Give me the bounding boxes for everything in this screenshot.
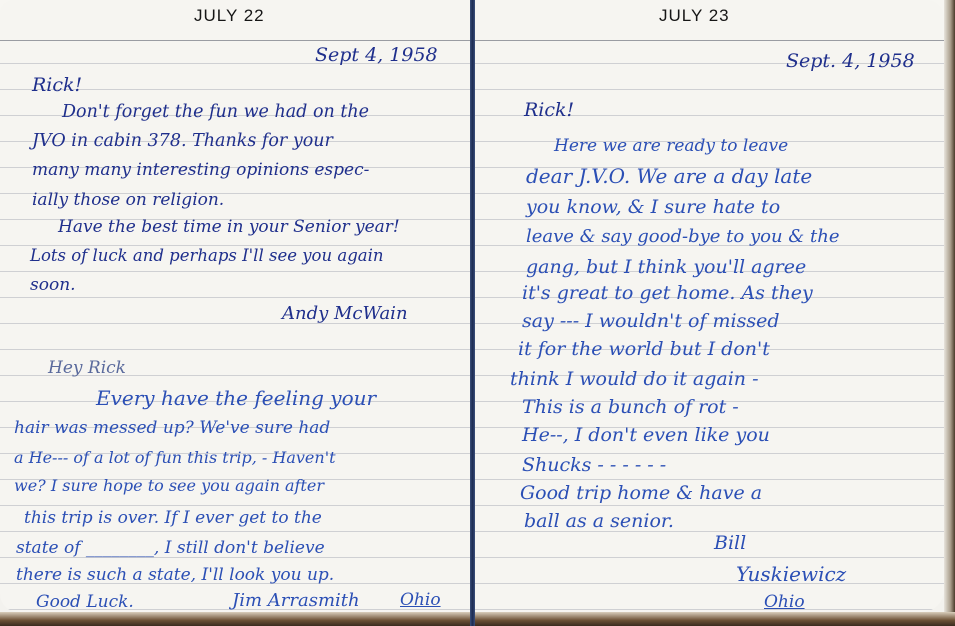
entry-line: there is such a state, I'll look you up. [16, 565, 334, 585]
header-rule [0, 40, 472, 41]
entry-date: Sept. 4, 1958 [786, 50, 915, 72]
entry-line: Have the best time in your Senior year! [58, 217, 400, 237]
entry-line: a He--- of a lot of fun this trip, - Hav… [14, 448, 336, 467]
entry-line: This is a bunch of rot - [522, 396, 739, 418]
entry-line: this trip is over. If I ever get to the [24, 508, 322, 528]
entry-line: many many interesting opinions espec- [32, 160, 369, 180]
left-page: JULY 22 Sept 4, 1958 Rick! Don't forget … [0, 0, 472, 612]
entry-line: leave & say good-bye to you & the [526, 226, 840, 247]
right-page: JULY 23 Sept. 4, 1958 Rick! Here we are … [474, 0, 944, 612]
header-rule [474, 40, 944, 41]
entry-line: Don't forget the fun we had on the [62, 102, 369, 122]
page-date-header: JULY 22 [194, 6, 265, 26]
entry-line: Good trip home & have a [520, 482, 762, 504]
entry-signature: Jim Arrasmith [232, 590, 360, 611]
entry-line: Good Luck. [36, 592, 134, 612]
entry-signature-first: Bill [714, 532, 746, 554]
page-date-header: JULY 23 [659, 6, 730, 26]
book-spine [470, 0, 475, 626]
entry-greeting: Rick! [524, 99, 574, 121]
entry-line: it for the world but I don't [518, 338, 770, 360]
entry-line: we? I sure hope to see you again after [14, 476, 324, 495]
entry-greeting: Rick! [32, 74, 82, 96]
entry-line: He--, I don't even like you [522, 424, 770, 446]
entry-line: Lots of luck and perhaps I'll see you ag… [30, 246, 384, 265]
entry-line: ball as a senior. [524, 510, 674, 532]
entry-line: think I would do it again - [510, 368, 758, 390]
entry-line: you know, & I sure hate to [526, 196, 780, 218]
entry-line: dear J.V.O. We are a day late [526, 164, 812, 188]
open-diary-book: JULY 22 Sept 4, 1958 Rick! Don't forget … [0, 0, 955, 626]
entry-line: say --- I wouldn't of missed [522, 310, 780, 332]
entry-line: Shucks - - - - - - [522, 454, 666, 476]
entry-line: gang, but I think you'll agree [526, 256, 806, 278]
entry-line: hair was messed up? We've sure had [14, 418, 330, 438]
entry-line: Every have the feeling your [96, 386, 376, 410]
entry-greeting: Hey Rick [48, 358, 126, 378]
page-edge [944, 0, 955, 626]
entry-line: state of ________, I still don't believe [16, 538, 325, 558]
entry-line: soon. [30, 275, 76, 295]
book-bottom-edge [0, 612, 955, 626]
entry-line: Here we are ready to leave [554, 136, 788, 156]
entry-date: Sept 4, 1958 [315, 44, 438, 66]
entry-state: Ohio [764, 592, 805, 612]
entry-line: it's great to get home. As they [522, 282, 813, 304]
entry-signature: Andy McWain [282, 303, 408, 324]
entry-signature-last: Yuskiewicz [736, 562, 846, 586]
entry-line: JVO in cabin 378. Thanks for your [32, 131, 333, 151]
entry-state: Ohio [400, 590, 441, 610]
entry-line: ially those on religion. [32, 190, 224, 210]
